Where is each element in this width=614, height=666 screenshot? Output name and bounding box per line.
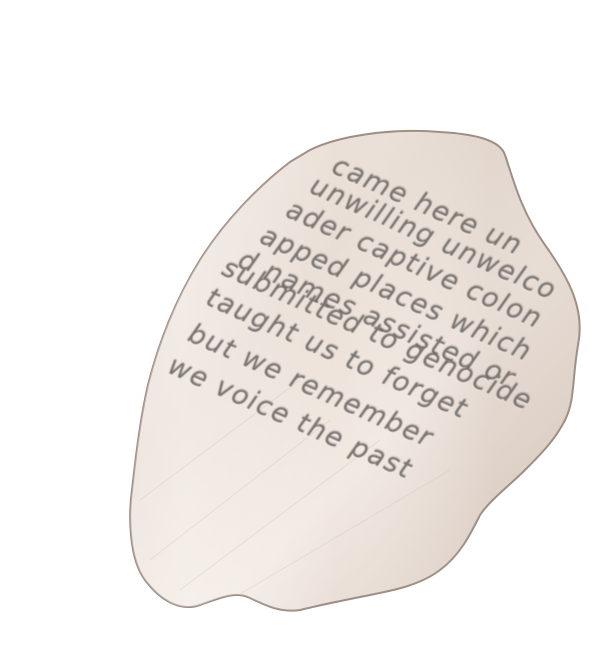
photo: came here un unwilling unwelco ader capt… [0, 0, 614, 666]
plaque [0, 0, 614, 666]
